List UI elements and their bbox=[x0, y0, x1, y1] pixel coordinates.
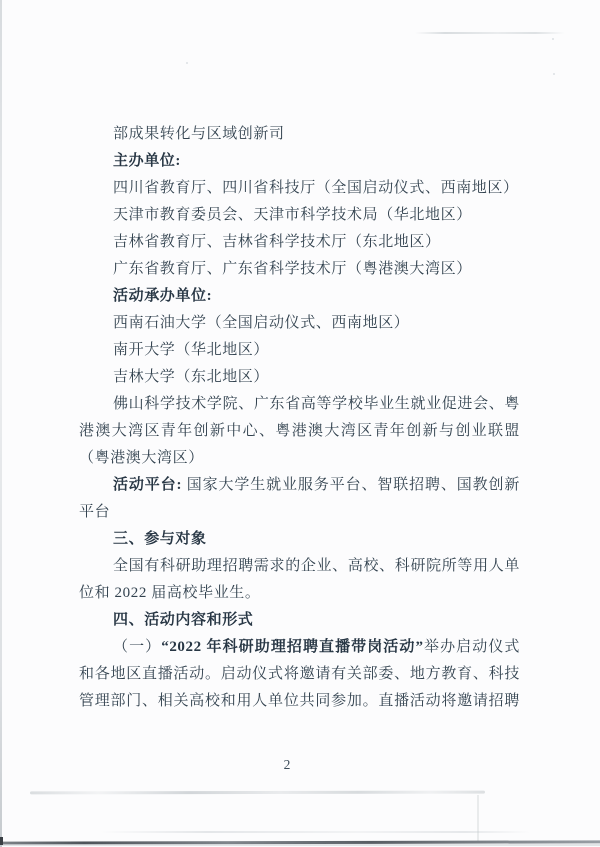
scanned-document-page: 部成果转化与区域创新司主办单位:四川省教育厅、四川省科技厅（全国启动仪式、西南地… bbox=[0, 0, 600, 847]
document-line: 四川省教育厅、四川省科技厅（全国启动仪式、西南地区） bbox=[79, 175, 520, 202]
scan-vertical-streak bbox=[477, 795, 479, 843]
text-segment: 西南石油大学（全国启动仪式、西南地区） bbox=[113, 315, 409, 331]
document-line: 三、参与对象 bbox=[79, 526, 520, 553]
text-segment: “2022 年科研助理招聘直播带岗活动” bbox=[161, 639, 423, 655]
text-segment: 位和 2022 届高校毕业生。 bbox=[79, 585, 261, 601]
text-segment: 平台 bbox=[79, 504, 110, 520]
document-line: 吉林大学（东北地区） bbox=[79, 364, 520, 391]
scan-corner-mark bbox=[0, 837, 3, 845]
page-bottom-edge-underline bbox=[0, 844, 600, 846]
page-bottom-edge-shadow bbox=[0, 840, 600, 844]
document-line: 平台 bbox=[79, 499, 520, 526]
document-line: （一）“2022 年科研助理招聘直播带岗活动”举办启动仪式 bbox=[79, 634, 520, 661]
text-segment: 国家大学生就业服务平台、智联招聘、国教创新 bbox=[182, 477, 520, 493]
scan-left-edge-shade bbox=[0, 0, 2, 847]
page-number: 2 bbox=[277, 755, 297, 775]
scan-speck bbox=[553, 73, 555, 75]
text-segment: 吉林省教育厅、吉林省科学技术厅（东北地区） bbox=[113, 234, 441, 250]
scan-speck bbox=[552, 38, 554, 40]
text-segment: （一） bbox=[113, 639, 161, 655]
document-line: 主办单位: bbox=[79, 148, 520, 175]
text-segment: 主办单位: bbox=[113, 153, 181, 169]
text-segment: 吉林大学（东北地区） bbox=[113, 369, 269, 385]
text-segment: 南开大学（华北地区） bbox=[113, 342, 269, 358]
document-line: 吉林省教育厅、吉林省科学技术厅（东北地区） bbox=[79, 229, 520, 256]
document-line: 位和 2022 届高校毕业生。 bbox=[79, 580, 520, 607]
document-line: 部成果转化与区域创新司 bbox=[79, 121, 520, 148]
document-line: 管理部门、相关高校和用人单位共同参加。直播活动将邀请招聘 bbox=[79, 688, 520, 715]
document-line: 和各地区直播活动。启动仪式将邀请有关部委、地方教育、科技 bbox=[79, 661, 520, 688]
text-segment: 四川省教育厅、四川省科技厅（全国启动仪式、西南地区） bbox=[113, 180, 519, 196]
text-segment: 四、活动内容和形式 bbox=[113, 612, 253, 628]
scan-speck bbox=[186, 62, 188, 64]
text-segment: 举办启动仪式 bbox=[424, 639, 520, 655]
document-line: （粤港澳大湾区） bbox=[79, 445, 520, 472]
document-line: 佛山科学技术学院、广东省高等学校毕业生就业促进会、粤 bbox=[79, 391, 520, 418]
text-segment: 天津市教育委员会、天津市科学技术局（华北地区） bbox=[113, 207, 472, 223]
document-line: 广东省教育厅、广东省科学技术厅（粤港澳大湾区） bbox=[79, 256, 520, 283]
text-segment: 管理部门、相关高校和用人单位共同参加。直播活动将邀请招聘 bbox=[79, 693, 520, 709]
text-segment: 部成果转化与区域创新司 bbox=[113, 126, 285, 142]
document-line: 西南石油大学（全国启动仪式、西南地区） bbox=[79, 310, 520, 337]
document-line: 天津市教育委员会、天津市科学技术局（华北地区） bbox=[79, 202, 520, 229]
document-line: 四、活动内容和形式 bbox=[79, 607, 520, 634]
document-line: 活动承办单位: bbox=[79, 283, 520, 310]
document-line: 港澳大湾区青年创新中心、粤港澳大湾区青年创新与创业联盟 bbox=[79, 418, 520, 445]
text-segment: 佛山科学技术学院、广东省高等学校毕业生就业促进会、粤 bbox=[113, 396, 520, 412]
text-segment: 三、参与对象 bbox=[113, 531, 207, 547]
text-segment: 活动平台: bbox=[113, 477, 182, 493]
document-line: 南开大学（华北地区） bbox=[79, 337, 520, 364]
text-segment: 全国有科研助理招聘需求的企业、高校、科研院所等用人单 bbox=[113, 558, 520, 574]
scan-smudge-bottom bbox=[30, 791, 485, 795]
text-segment: （粤港澳大湾区） bbox=[79, 450, 204, 466]
document-line: 活动平台: 国家大学生就业服务平台、智联招聘、国教创新 bbox=[79, 472, 520, 499]
scan-smudge-top-right bbox=[415, 32, 565, 34]
document-line: 全国有科研助理招聘需求的企业、高校、科研院所等用人单 bbox=[79, 553, 520, 580]
text-segment: 广东省教育厅、广东省科学技术厅（粤港澳大湾区） bbox=[113, 261, 472, 277]
text-segment: 活动承办单位: bbox=[113, 288, 212, 304]
text-segment: 和各地区直播活动。启动仪式将邀请有关部委、地方教育、科技 bbox=[79, 666, 520, 682]
document-body: 部成果转化与区域创新司主办单位:四川省教育厅、四川省科技厅（全国启动仪式、西南地… bbox=[79, 121, 520, 715]
text-segment: 港澳大湾区青年创新中心、粤港澳大湾区青年创新与创业联盟 bbox=[79, 423, 520, 439]
scan-smudge-lower bbox=[100, 831, 530, 833]
